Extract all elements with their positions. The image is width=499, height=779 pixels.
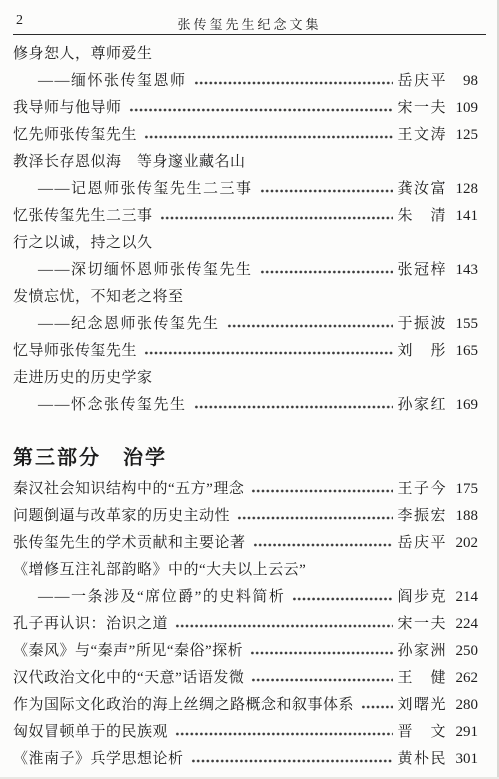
dot-leader	[227, 318, 394, 334]
document-page: 2 张传玺先生纪念文集 修身恕人，尊师爱生 ——缅怀张传玺恩师 岳庆平 98 我…	[0, 0, 499, 779]
entry-title-text: 问题倒逼与改革家的历史主动性	[13, 504, 230, 525]
entry-title-text: 修身恕人，尊师爱生	[13, 42, 153, 63]
page-ref: 280	[454, 697, 478, 714]
dot-leader	[260, 264, 394, 280]
toc-list: 修身恕人，尊师爱生 ——缅怀张传玺恩师 岳庆平 98 我导师与他导师 宋一夫 1…	[13, 42, 486, 774]
entry-title-text: 孔子再认识：治识之道	[13, 612, 168, 633]
section-heading-text: 第三部分 治学	[13, 441, 167, 470]
author-name: 黄朴民	[397, 747, 447, 768]
author-name: 晋 文	[397, 720, 447, 741]
toc-entry: 忆张传玺先生二三事 朱 清 141	[13, 204, 486, 231]
dot-leader	[251, 672, 393, 688]
entry-title-text: 匈奴冒顿单于的民族观	[13, 720, 168, 741]
toc-entry: 匈奴冒顿单于的民族观 晋 文 291	[13, 720, 486, 747]
entry-title-text: 忆导师张传玺先生	[13, 339, 137, 360]
entry-title-text: 发愤忘忧，不知老之将至	[13, 285, 184, 306]
page-ref: 262	[454, 670, 478, 687]
entry-title-text: 《淮南子》兵学思想论析	[13, 747, 184, 768]
toc-subentry: ——纪念恩师张传玺先生 于振波 155	[13, 312, 486, 339]
page-ref: 125	[454, 127, 478, 144]
entry-title-text: 张传玺先生的学术贡献和主要论著	[13, 531, 246, 552]
entry-title-text: 《增修互注礼部韵略》中的“大夫以上云云”	[13, 558, 306, 579]
dot-leader	[144, 345, 393, 361]
toc-entry-title: 教泽长存恩似海 等身邃业藏名山	[13, 150, 486, 177]
dot-leader	[194, 399, 394, 415]
entry-subtitle-text: ——记恩师张传玺先生二三事	[13, 177, 253, 198]
entry-title-text: 汉代政治文化中的“天意”话语发微	[13, 666, 244, 687]
page-ref: 175	[454, 481, 478, 498]
dot-leader	[194, 75, 394, 91]
toc-entry: 汉代政治文化中的“天意”话语发微 王 健 262	[13, 666, 486, 693]
author-name: 王文涛	[397, 123, 447, 144]
page-ref: 143	[454, 262, 478, 279]
author-name: 王子今	[397, 477, 447, 498]
entry-title-text: 走进历史的历史学家	[13, 366, 153, 387]
entry-subtitle-text: ——深切缅怀恩师张传玺先生	[13, 258, 253, 279]
author-name: 龚汝富	[397, 177, 447, 198]
toc-entry: 《淮南子》兵学思想论析 黄朴民 301	[13, 747, 486, 774]
entry-title-text: 忆先师张传玺先生	[13, 123, 137, 144]
dot-leader	[144, 129, 393, 145]
entry-subtitle-text: ——缅怀张传玺恩师	[13, 69, 187, 90]
page-ref: 224	[454, 616, 478, 633]
dot-leader	[260, 183, 394, 199]
dot-leader	[250, 645, 393, 661]
toc-entry: 孔子再认识：治识之道 宋一夫 224	[13, 612, 486, 639]
toc-entry-title: 发愤忘忧，不知老之将至	[13, 285, 486, 312]
author-name: 孙家红	[397, 393, 447, 414]
page-ref: 109	[454, 100, 478, 117]
page-ref: 165	[454, 343, 478, 360]
author-name: 宋一夫	[397, 612, 447, 633]
toc-subentry: ——深切缅怀恩师张传玺先生 张冠梓 143	[13, 258, 486, 285]
entry-title-text: 作为国际文化政治的海上丝绸之路概念和叙事体系	[13, 693, 354, 714]
dot-leader	[237, 510, 393, 526]
entry-subtitle-text: ——一条涉及“席位爵”的史料简析	[13, 585, 285, 606]
author-name: 岳庆平	[397, 69, 447, 90]
running-title: 张传玺先生纪念文集	[13, 14, 486, 33]
toc-subentry: ——缅怀张传玺恩师 岳庆平 98	[13, 69, 486, 96]
dot-leader	[253, 537, 394, 553]
toc-entry: 忆导师张传玺先生 刘 彤 165	[13, 339, 486, 366]
author-name: 朱 清	[397, 204, 447, 225]
page-ref: 141	[454, 208, 478, 225]
entry-subtitle-text: ——纪念恩师张传玺先生	[13, 312, 220, 333]
page-ref: 98	[454, 73, 478, 90]
author-name: 于振波	[397, 312, 447, 333]
toc-subentry: ——记恩师张传玺先生二三事 龚汝富 128	[13, 177, 486, 204]
dot-leader	[160, 210, 394, 226]
toc-entry-title: 走进历史的历史学家	[13, 366, 486, 393]
entry-title-text: 行之以诚，持之以久	[13, 231, 153, 252]
author-name: 王 健	[397, 666, 447, 687]
author-name: 刘曙光	[397, 693, 447, 714]
toc-entry-title: 《增修互注礼部韵略》中的“大夫以上云云”	[13, 558, 486, 585]
toc-entry: 忆先师张传玺先生 王文涛 125	[13, 123, 486, 150]
page-ref: 214	[454, 589, 478, 606]
page-ref: 301	[454, 751, 478, 768]
page-ref: 202	[454, 535, 478, 552]
toc-entry-title: 行之以诚，持之以久	[13, 231, 486, 258]
dot-leader	[175, 726, 393, 742]
author-name: 李振宏	[397, 504, 447, 525]
header-rule	[13, 34, 486, 35]
page-ref: 155	[454, 316, 478, 333]
author-name: 孙家洲	[397, 639, 447, 660]
toc-subentry: ——怀念张传玺先生 孙家红 169	[13, 393, 486, 420]
section-heading: 第三部分 治学	[13, 439, 486, 471]
page-ref: 128	[454, 181, 478, 198]
toc-entry: 作为国际文化政治的海上丝绸之路概念和叙事体系 刘曙光 280	[13, 693, 486, 720]
author-name: 岳庆平	[397, 531, 447, 552]
dot-leader	[191, 753, 394, 769]
author-name: 张冠梓	[397, 258, 447, 279]
entry-title-text: 忆张传玺先生二三事	[13, 204, 153, 225]
entry-title-text: 我导师与他导师	[13, 96, 122, 117]
entry-title-text: 秦汉社会知识结构中的“五方”理念	[13, 477, 244, 498]
author-name: 刘 彤	[397, 339, 447, 360]
page-ref: 291	[454, 724, 478, 741]
entry-title-text: 《秦风》与“秦声”所见“秦俗”探析	[13, 639, 243, 660]
author-name: 阎步克	[397, 585, 447, 606]
toc-entry: 张传玺先生的学术贡献和主要论著 岳庆平 202	[13, 531, 486, 558]
dot-leader	[129, 102, 394, 118]
dot-leader	[251, 483, 393, 499]
author-name: 宋一夫	[397, 96, 447, 117]
page-ref: 169	[454, 397, 478, 414]
dot-leader	[361, 699, 393, 715]
toc-subentry: ——一条涉及“席位爵”的史料简析 阎步克 214	[13, 585, 486, 612]
entry-title-text: 教泽长存恩似海 等身邃业藏名山	[13, 150, 246, 171]
page-ref: 188	[454, 508, 478, 525]
toc-entry: 我导师与他导师 宋一夫 109	[13, 96, 486, 123]
dot-leader	[175, 618, 393, 634]
page-ref: 250	[454, 643, 478, 660]
dot-leader	[292, 591, 393, 607]
toc-entry: 秦汉社会知识结构中的“五方”理念 王子今 175	[13, 477, 486, 504]
toc-entry: 问题倒逼与改革家的历史主动性 李振宏 188	[13, 504, 486, 531]
entry-subtitle-text: ——怀念张传玺先生	[13, 393, 187, 414]
toc-entry: 《秦风》与“秦声”所见“秦俗”探析 孙家洲 250	[13, 639, 486, 666]
toc-entry-title: 修身恕人，尊师爱生	[13, 42, 486, 69]
page-header: 2 张传玺先生纪念文集	[13, 12, 486, 31]
